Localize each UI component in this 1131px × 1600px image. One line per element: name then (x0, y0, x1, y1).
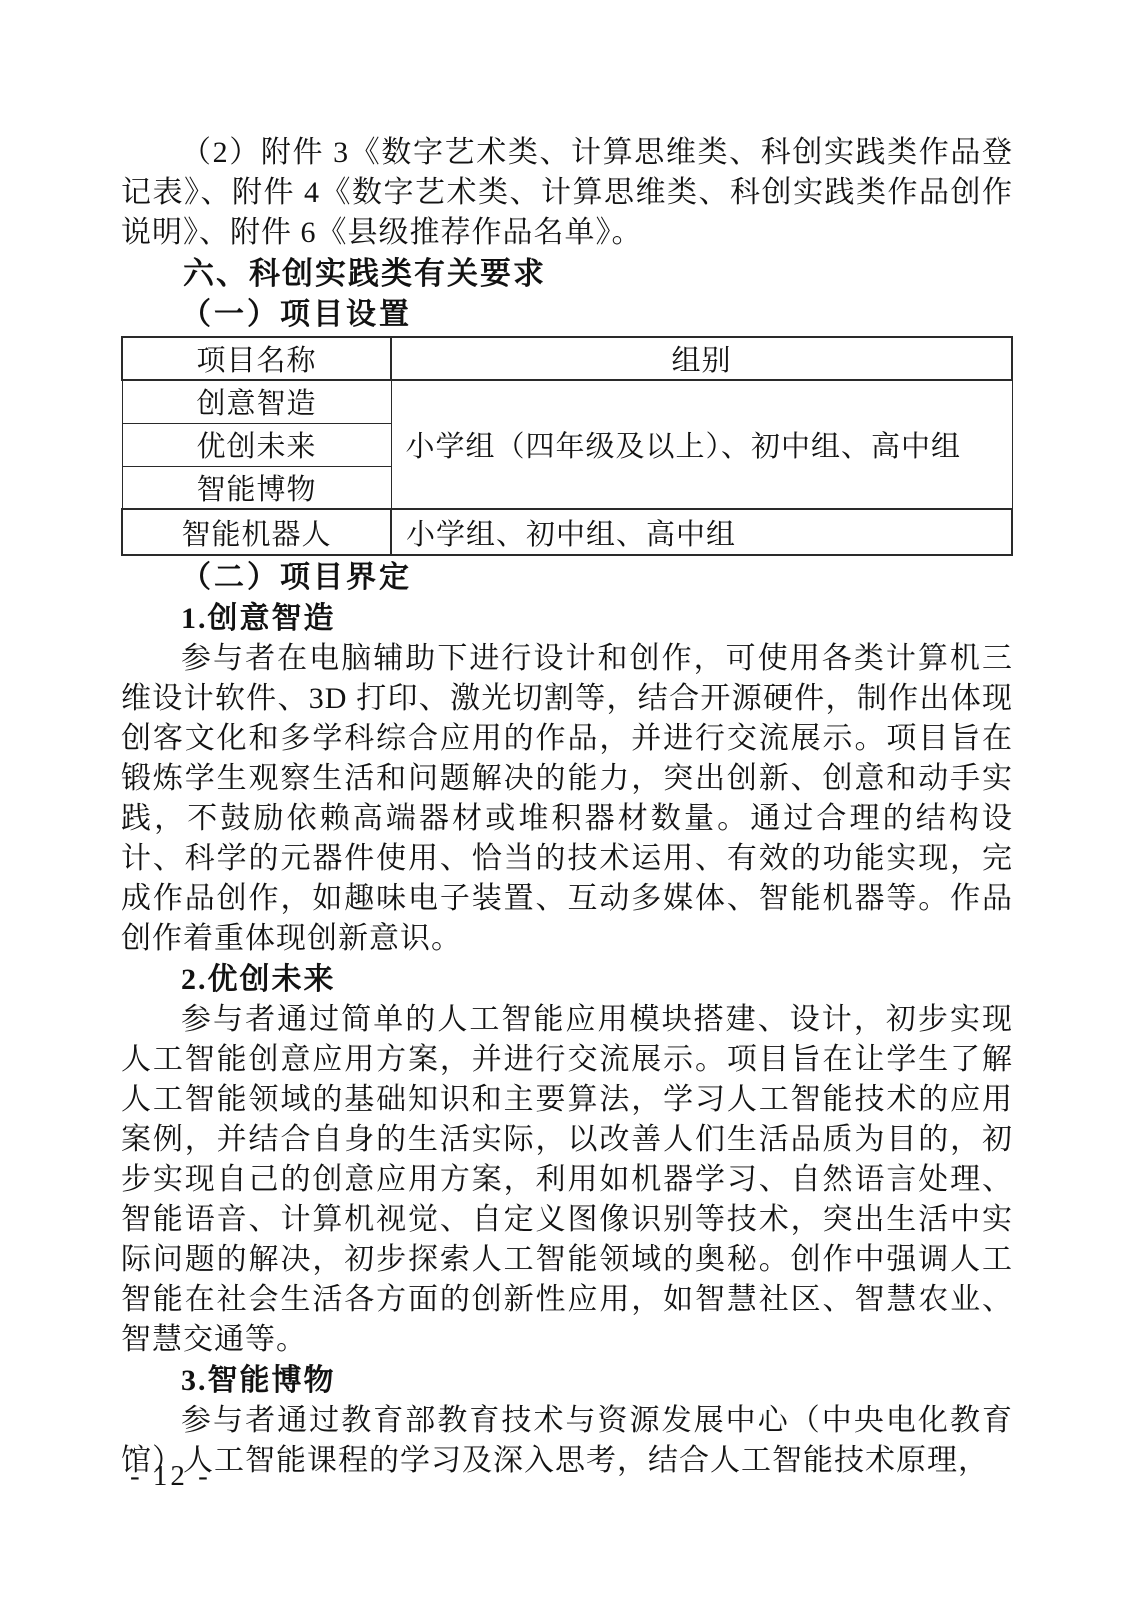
heading-item-ai-future: 2.优创未来 (121, 959, 1013, 1000)
page-number: - 12 - (130, 1460, 211, 1493)
table-header-row: 项目名称 组别 (122, 337, 1012, 380)
heading-project-setup: （一）项目设置 (121, 294, 1013, 335)
table-header-project-name: 项目名称 (122, 337, 391, 380)
table-row: 智能机器人 小学组、初中组、高中组 (122, 509, 1012, 555)
paragraph-smart-museum: 参与者通过教育部教育技术与资源发展中心（中央电化教育馆）人工智能课程的学习及深入… (121, 1401, 1013, 1481)
table-cell-robot-group: 小学组、初中组、高中组 (391, 509, 1012, 555)
heading-item-creative-making: 1.创意智造 (121, 598, 1013, 639)
heading-section-six: 六、科创实践类有关要求 (121, 253, 1013, 294)
table-cell-project-bowu: 智能博物 (122, 466, 391, 509)
heading-item-smart-museum: 3.智能博物 (121, 1360, 1013, 1401)
table-cell-project-robot: 智能机器人 (122, 509, 391, 555)
table-header-group: 组别 (391, 337, 1012, 380)
document-page: （2）附件 3《数字艺术类、计算思维类、科创实践类作品登记表》、附件 4《数字艺… (0, 0, 1131, 1600)
project-group-table: 项目名称 组别 创意智造 小学组（四年级及以上）、初中组、高中组 优创未来 智能… (121, 336, 1013, 556)
paragraph-attachments: （2）附件 3《数字艺术类、计算思维类、科创实践类作品登记表》、附件 4《数字艺… (121, 133, 1013, 253)
table-cell-project-youchuang: 优创未来 (122, 423, 391, 466)
paragraph-ai-future: 参与者通过简单的人工智能应用模块搭建、设计，初步实现人工智能创意应用方案，并进行… (121, 1000, 1013, 1360)
paragraph-creative-making: 参与者在电脑辅助下进行设计和创作，可使用各类计算机三维设计软件、3D 打印、激光… (121, 639, 1013, 959)
heading-project-definition: （二）项目界定 (121, 557, 1013, 598)
table-cell-project-chuangyi: 创意智造 (122, 380, 391, 423)
table-cell-merged-group: 小学组（四年级及以上）、初中组、高中组 (391, 380, 1012, 509)
table-row: 创意智造 小学组（四年级及以上）、初中组、高中组 (122, 380, 1012, 423)
